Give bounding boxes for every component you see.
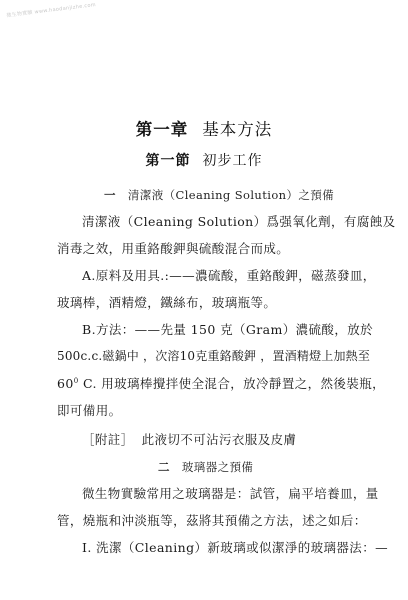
method-line-3: 600 C. 用玻璃棒攪拌使全混合，放冷靜置之，然後裝瓶， <box>57 374 385 392</box>
method-line-2: 500c.c.磁鍋中 ，次溶10克重鉻酸鉀 ，置酒精燈上加熱至 <box>57 347 370 364</box>
method-line-3-text: C. 用玻璃棒攪拌使全混合，放冷靜置之，然後裝瓶， <box>79 376 385 391</box>
glassware-line-3: I. 洗潔（Cleaning）新玻璃或似潔淨的玻璃器法：— <box>82 538 388 556</box>
materials-line-1: A.原料及用具.:——濃硫酸，重鉻酸鉀，磁蒸發皿， <box>82 266 376 284</box>
method-line-4: 即可備用。 <box>57 401 122 419</box>
paragraph-intro-line-2: 消毒之效，用重鉻酸鉀與硫酸混合而成。 <box>57 239 289 257</box>
subsection-heading-1: 一清潔液（Cleaning Solution）之預備 <box>104 187 334 203</box>
section-title: 第一節初步工作 <box>0 150 408 170</box>
subsection-title-2: 玻璃器之預備 <box>182 460 253 474</box>
note: ［附註］此液切不可沾污衣服及皮膚 <box>82 430 296 448</box>
paragraph-intro-line-1: 清潔液（Cleaning Solution）爲强氧化劑，有腐蝕及 <box>82 212 396 230</box>
subsection-title-1: 清潔液（Cleaning Solution）之預備 <box>128 188 334 202</box>
subsection-number-1: 一 <box>104 188 116 202</box>
section-number: 第一節 <box>146 153 191 169</box>
chapter-name: 基本方法 <box>202 120 272 139</box>
subsection-heading-2: 二玻璃器之預備 <box>158 459 253 475</box>
glassware-line-1: 微生物實驗常用之玻璃器是：試管，扁平培養皿，量 <box>82 484 379 502</box>
note-text: 此液切不可沾污衣服及皮膚 <box>142 432 297 447</box>
watermark: 微生物實驗 www.haodanjizhe.com <box>6 1 96 19</box>
section-name: 初步工作 <box>203 153 263 169</box>
subsection-number-2: 二 <box>158 460 170 474</box>
method-line-1: B.方法：——先量 150 克（Gram）濃硫酸，放於 <box>82 320 373 338</box>
chapter-number: 第一章 <box>136 120 189 139</box>
glassware-line-2: 管，燒瓶和沖淡瓶等，茲將其預備之方法，述之如后： <box>57 511 367 529</box>
temperature-value: 60 <box>57 376 74 391</box>
chapter-title: 第一章基本方法 <box>0 116 408 140</box>
materials-line-2: 玻璃棒，酒精燈，鐵絲布，玻璃瓶等。 <box>57 293 276 311</box>
note-label: ［附註］ <box>82 432 134 447</box>
